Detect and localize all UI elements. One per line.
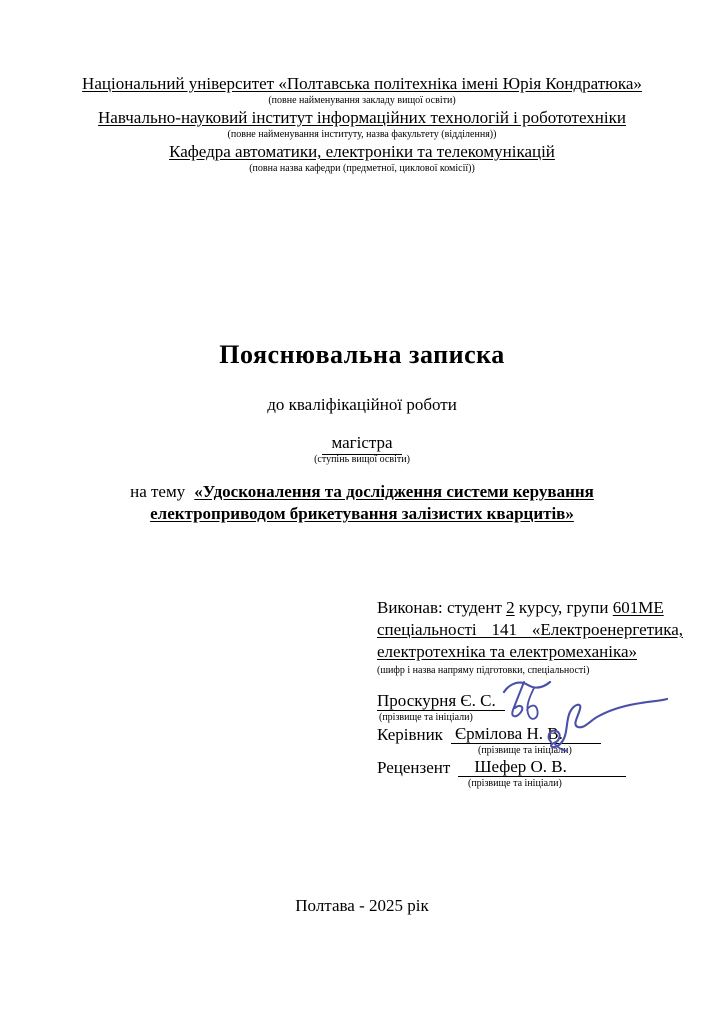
thesis-title-page: Національний університет «Полтавська пол… [0,0,724,1024]
topic-text-1: «Удосконалення та дослідження системи ке… [194,482,594,501]
topic-line-2: електроприводом брикетування залізистих … [60,503,664,525]
executor-block: Виконав: студент 2 курсу, групи 601МЕ сп… [377,597,685,790]
course-number: 2 [506,598,515,617]
city-year: Полтава - 2025 рік [0,896,724,916]
executor-line: Виконав: студент 2 курсу, групи 601МЕ [377,597,685,619]
signatures-block: Проскурня Є. С. (прізвище та ініціали) К… [377,691,685,790]
reviewer-label: Рецензент [377,758,450,777]
department-caption: (повна назва кафедри (предметної, циклов… [30,162,694,175]
specialty-line-2: електротехніка та електромеханіка» [377,641,685,663]
topic-line-1: на тему«Удосконалення та дослідження сис… [60,481,664,503]
specialty-line-1: спеціальності 141 «Електроенергетика, [377,619,683,641]
degree-caption: (ступінь вищої освіти) [0,454,724,465]
executor-prefix: Виконав: студент [377,598,506,617]
header-block: Національний університет «Полтавська пол… [30,74,694,176]
specialty-caption: (шифр і назва напряму підготовки, спеціа… [377,664,685,677]
supervisor-name-caption: (прізвище та ініціали) [478,744,685,757]
executor-mid: курсу, групи [515,598,613,617]
reviewer-name-line: Шефер О. В. [458,757,626,777]
student-name-line: Проскурня Є. С. [377,691,505,711]
university-caption: (повне найменування закладу вищої освіти… [30,94,694,107]
supervisor-name-line: Єрмілова Н. В. [451,724,601,744]
topic-block: на тему«Удосконалення та дослідження сис… [60,481,664,525]
topic-text-2: електроприводом брикетування залізистих … [150,504,574,523]
supervisor-name: Єрмілова Н. В. [455,724,563,743]
group-code: 601МЕ [613,598,664,617]
student-name: Проскурня Є. С. [377,691,496,710]
student-row: Проскурня Є. С. [377,691,685,711]
supervisor-label: Керівник [377,725,443,744]
degree-line: магістра [0,433,724,455]
degree-value: магістра [322,433,401,455]
institute-name: Навчально-науковий інститут інформаційни… [30,108,694,128]
department-name: Кафедра автоматики, електроніки та телек… [30,142,694,162]
document-subtitle: до кваліфікаційної роботи [0,395,724,415]
institute-caption: (повне найменування інституту, назва фак… [30,128,694,141]
supervisor-row: Керівник Єрмілова Н. В. [377,724,685,744]
document-title: Пояснювальна записка [0,340,724,370]
student-name-caption: (прізвище та ініціали) [379,711,685,724]
topic-prefix: на тему [130,482,185,501]
reviewer-name: Шефер О. В. [474,757,567,776]
reviewer-name-caption: (прізвище та ініціали) [468,777,685,790]
reviewer-row: Рецензент Шефер О. В. [377,757,685,777]
university-name: Національний університет «Полтавська пол… [30,74,694,94]
